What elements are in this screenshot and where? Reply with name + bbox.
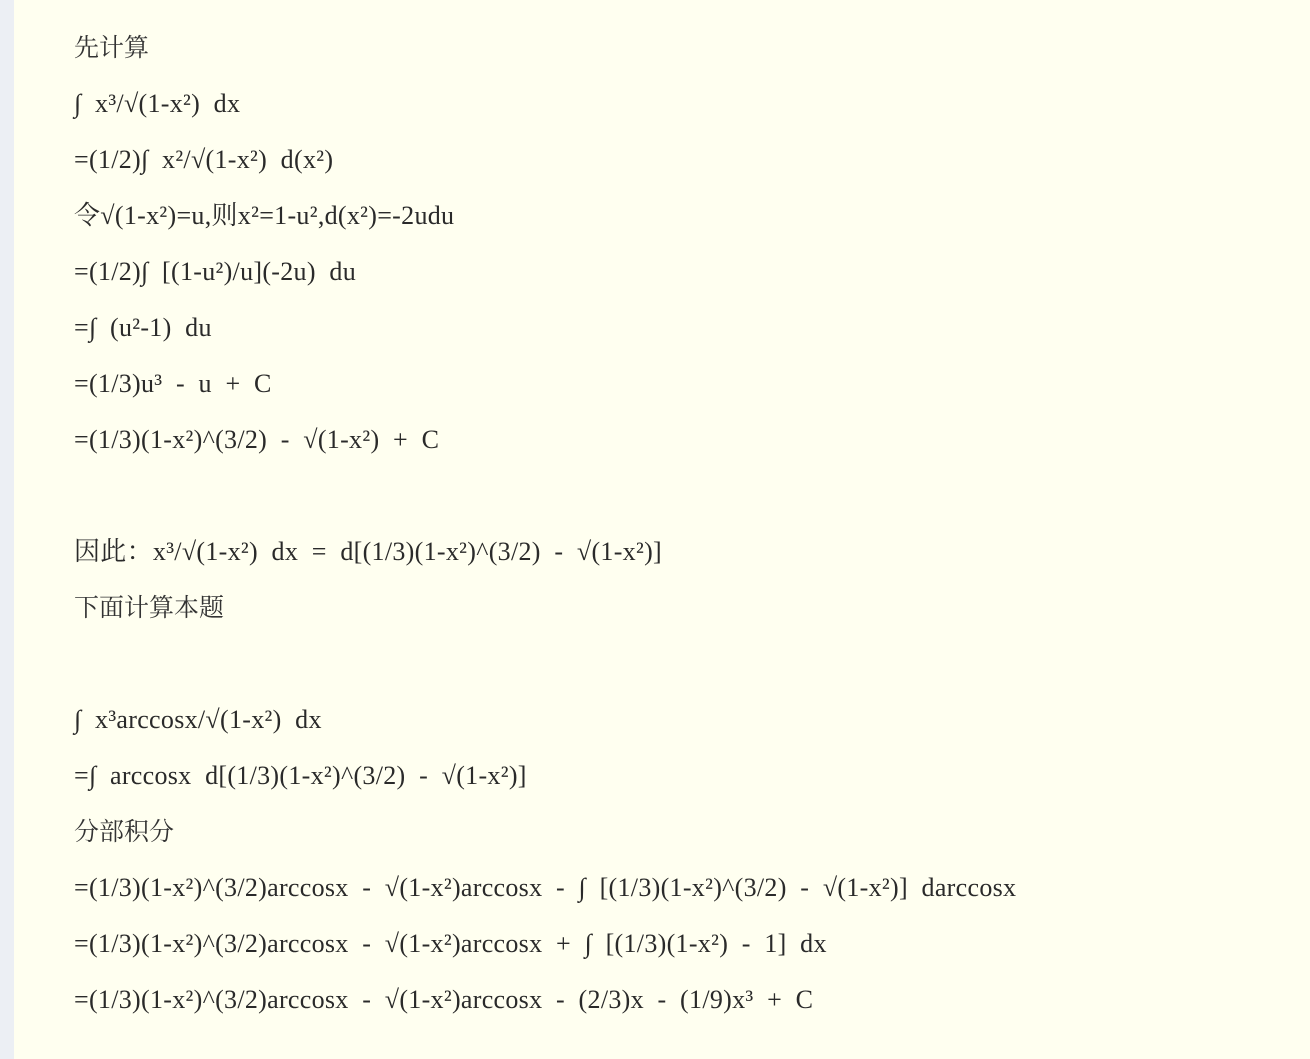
math-line-rewrite: =∫ arccosx d[(1/3)(1-x²)^(3/2) - √(1-x²)… — [74, 756, 1310, 812]
math-line-u-result: =(1/3)u³ - u + C — [74, 364, 1310, 420]
math-line-half-substitution: =(1/2)∫ x²/√(1-x²) d(x²) — [74, 140, 1310, 196]
math-line-therefore: 因此：x³/√(1-x²) dx = d[(1/3)(1-x²)^(3/2) -… — [74, 532, 1310, 588]
math-line-problem-integral: ∫ x³arccosx/√(1-x²) dx — [74, 700, 1310, 756]
heading-compute-problem: 下面计算本题 — [74, 588, 1310, 644]
math-line-parts-step1: =(1/3)(1-x²)^(3/2)arccosx - √(1-x²)arcco… — [74, 868, 1310, 924]
math-line-parts-step2: =(1/3)(1-x²)^(3/2)arccosx - √(1-x²)arcco… — [74, 924, 1310, 980]
math-line-x-result: =(1/3)(1-x²)^(3/2) - √(1-x²) + C — [74, 420, 1310, 476]
blank-line — [74, 476, 1310, 532]
math-line-u-integral: =(1/2)∫ [(1-u²)/u](-2u) du — [74, 252, 1310, 308]
blank-line — [74, 644, 1310, 700]
math-line-simplified: =∫ (u²-1) du — [74, 308, 1310, 364]
math-line-let-u: 令√(1-x²)=u,则x²=1-u²,d(x²)=-2udu — [74, 196, 1310, 252]
solution-content: 先计算 ∫ x³/√(1-x²) dx =(1/2)∫ x²/√(1-x²) d… — [74, 28, 1310, 1036]
heading-integration-by-parts: 分部积分 — [74, 812, 1310, 868]
math-line-integral-setup: ∫ x³/√(1-x²) dx — [74, 84, 1310, 140]
heading-first-compute: 先计算 — [74, 28, 1310, 84]
left-margin-strip — [0, 0, 14, 1059]
math-line-final-answer: =(1/3)(1-x²)^(3/2)arccosx - √(1-x²)arcco… — [74, 980, 1310, 1036]
